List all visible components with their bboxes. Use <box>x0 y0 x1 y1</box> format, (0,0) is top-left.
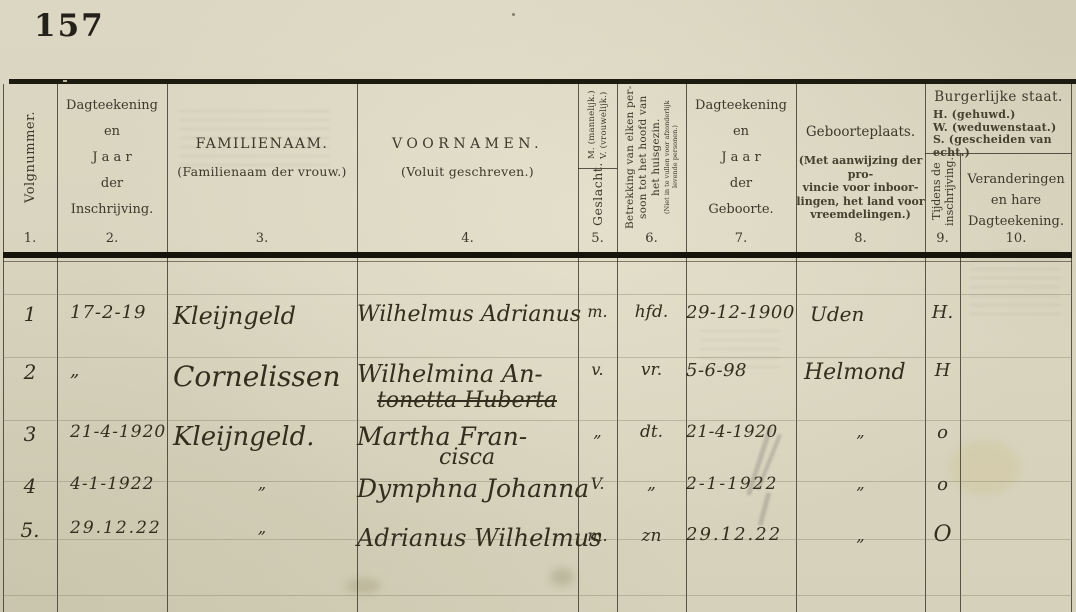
geboorteplaats-note: (Met aanwijzing der pro- <box>796 154 925 181</box>
header-line: Geboorte. <box>686 197 796 223</box>
column-header-geboortedatum: Dagteekening en J a a r der Geboorte. <box>686 84 796 239</box>
cell-geboorteplaats: „ <box>796 474 925 493</box>
cell-volgnummer: 5. <box>3 518 57 542</box>
header-bottom-rule-thin <box>3 261 1072 262</box>
table-row: 2 „ Cornelissen Wilhelmina An- tonetta H… <box>3 360 1072 413</box>
register-table: Volgnummer. Dagteekening en J a a r der … <box>3 84 1072 612</box>
cell-voornamen: Wilhelmus Adrianus <box>357 302 578 327</box>
cell-geboorteplaats: Helmond <box>796 360 925 385</box>
cell-familienaam: Kleijngeld. <box>167 422 357 452</box>
header-line: Dagteekening <box>57 93 167 119</box>
column-number: 3. <box>167 231 357 246</box>
column-number: 8. <box>796 231 925 246</box>
geboorteplaats-note: vreemdelingen.) <box>796 208 925 222</box>
betrekking-line: het huisgezin. <box>650 85 663 229</box>
familienaam-title: FAMILIENAAM. <box>167 136 357 152</box>
header-line: Inschrijving. <box>57 197 167 223</box>
guide-line <box>3 595 1072 596</box>
legend-v: V. (vrouwelijk.) <box>598 84 610 166</box>
cell-inschrijving: 29.12.22 <box>57 518 167 538</box>
voornamen-title: VOORNAMEN. <box>357 136 578 152</box>
volgnummer-label: Volgnummer. <box>23 84 38 230</box>
column-header-inschrijving: Dagteekening en J a a r der Inschrijving… <box>57 84 167 239</box>
table-row: 3 21-4-1920 Kleijngeld. Martha Fran- cis… <box>3 422 1072 470</box>
familienaam-subtitle: (Familienaam der vrouw.) <box>167 164 357 179</box>
column-number: 2. <box>57 231 167 246</box>
header-line: J a a r <box>686 145 796 171</box>
legend-m: M. (mannelijk.) <box>586 84 598 166</box>
cell-geboortedatum: 5-6-98 <box>686 360 796 381</box>
cell-geboortedatum: 29-12-1900 <box>686 302 796 323</box>
voornamen-subtitle: (Voluit geschreven.) <box>357 164 578 179</box>
cell-geboorteplaats: „ <box>796 518 925 545</box>
ink-speck <box>512 13 515 16</box>
geboorteplaats-note: lingen, het land voor <box>796 195 925 209</box>
column-number: 5. <box>578 231 617 246</box>
column-header-volgnummer: Volgnummer. <box>3 84 57 230</box>
header-line: der <box>686 171 796 197</box>
table-row: 1 17-2-19 Kleijngeld Wilhelmus Adrianus … <box>3 302 1072 330</box>
column-number: 4. <box>357 231 578 246</box>
cell-inschrijving: 17-2-19 <box>57 302 167 323</box>
header-line: Dagteekening <box>686 93 796 119</box>
column-number: 10. <box>960 231 1072 246</box>
geslacht-label: Geslacht. <box>590 168 605 226</box>
column-number: 7. <box>686 231 796 246</box>
betrekking-note: levende personen.) <box>671 85 679 229</box>
cell-inschrijving: 21-4-1920 <box>57 422 167 442</box>
cell-burgerlijke-staat: O <box>925 518 960 547</box>
cell-voornamen: Wilhelmina An- tonetta Huberta <box>357 360 578 413</box>
cell-geslacht: m. <box>578 302 617 321</box>
header-line: en <box>686 119 796 145</box>
header-line: en <box>57 119 167 145</box>
cell-geslacht: m. <box>578 518 617 545</box>
cell-geslacht: V. <box>578 474 617 493</box>
cell-volgnummer: 2 <box>3 360 57 384</box>
tijdens-line: Tijdens de <box>930 153 943 229</box>
burgerlijke-staat-block: Burgerlijke staat. H. (gehuwd.) W. (wedu… <box>925 84 1072 153</box>
veranderingen-line: en hare <box>960 190 1072 211</box>
cell-inschrijving: „ <box>57 360 167 381</box>
cell-burgerlijke-staat: H <box>925 360 960 381</box>
guide-line <box>3 357 1072 358</box>
geslacht-legend: M. (mannelijk.) V. (vrouwelijk.) <box>586 84 610 166</box>
register-scan-page: 157 Volgnummer. Dagteekening en J <box>0 0 1076 612</box>
cell-inschrijving: 4-1-1922 <box>57 474 167 494</box>
cell-geboortedatum: 2-1-1922 <box>686 474 796 494</box>
tijdens-line: inschrijving. <box>943 153 956 229</box>
cell-betrekking: vr. <box>617 360 686 380</box>
page-number: 157 <box>34 8 105 44</box>
column-header-geslacht: M. (mannelijk.) V. (vrouwelijk.) Geslach… <box>578 84 617 230</box>
cell-volgnummer: 4 <box>3 474 57 498</box>
cell-familienaam: „ <box>167 518 357 537</box>
cell-burgerlijke-staat: o <box>925 422 960 443</box>
betrekking-line: soon tot het hoofd van <box>637 85 650 229</box>
guide-line <box>3 420 1072 421</box>
cell-geboorteplaats: „ <box>796 422 925 441</box>
table-row: 5. 29.12.22 „ Adrianus Wilhelmus m. zn 2… <box>3 518 1072 552</box>
geboorteplaats-title: Geboorteplaats. <box>796 124 925 140</box>
column-header-betrekking: Betrekking van elken per- soon tot het h… <box>617 84 686 230</box>
voornamen-line2: tonetta Huberta <box>377 388 578 413</box>
cell-burgerlijke-staat: o <box>925 474 960 495</box>
column-header-veranderingen: Veranderingen en hare Dagteekening. <box>960 153 1072 230</box>
header-line: J a a r <box>57 145 167 171</box>
cell-geboorteplaats: Uden <box>796 302 925 326</box>
cell-familienaam: „ <box>167 474 357 493</box>
cell-voornamen: Martha Fran- cisca <box>357 422 578 470</box>
cell-geslacht: v. <box>578 360 617 379</box>
cell-geslacht: „ <box>578 422 617 441</box>
burgerlijke-staat-title: Burgerlijke staat. <box>925 89 1072 105</box>
header-bottom-rule <box>3 252 1072 258</box>
column-header-familienaam: FAMILIENAAM. (Familienaam der vrouw.) <box>167 84 357 230</box>
cell-betrekking: hfd. <box>617 302 686 322</box>
cell-volgnummer: 1 <box>3 302 57 326</box>
geboorteplaats-note: vincie voor inboor- <box>796 181 925 195</box>
cell-volgnummer: 3 <box>3 422 57 446</box>
cell-geboortedatum: 21-4-1920 <box>686 422 796 442</box>
betrekking-note: (Niet in te vullen voor afzonderlijk <box>663 85 671 229</box>
cell-voornamen: Dymphna Johanna <box>357 474 578 503</box>
bs-legend-h: H. (gehuwd.) <box>933 109 1072 122</box>
column-number: 1. <box>3 231 57 246</box>
cell-betrekking: „ <box>617 474 686 494</box>
rule-notch <box>63 80 67 82</box>
betrekking-line: Betrekking van elken per- <box>624 85 637 229</box>
cell-familienaam: Cornelissen <box>167 360 357 393</box>
column-number: 6. <box>617 231 686 246</box>
column-header-voornamen: VOORNAMEN. (Voluit geschreven.) <box>357 84 578 230</box>
table-row: 4 4-1-1922 „ Dymphna Johanna V. „ 2-1-19… <box>3 474 1072 503</box>
voornamen-line1: Wilhelmina An- <box>357 360 543 388</box>
header-line: der <box>57 171 167 197</box>
veranderingen-line: Veranderingen <box>960 169 1072 190</box>
veranderingen-line: Dagteekening. <box>960 211 1072 232</box>
guide-line <box>3 294 1072 295</box>
column-number-row: 1. 2. 3. 4. 5. 6. 7. 8. 9. 10. <box>3 231 1072 246</box>
column-header-geboorteplaats: Geboorteplaats. (Met aanwijzing der pro-… <box>796 84 925 230</box>
cell-familienaam: Kleijngeld <box>167 302 357 330</box>
cell-betrekking: dt. <box>617 422 686 442</box>
column-header-tijdens: Tijdens de inschrijving. <box>925 153 960 230</box>
cell-geboortedatum: 29.12.22 <box>686 518 796 545</box>
cell-betrekking: zn <box>617 518 686 546</box>
column-number: 9. <box>925 231 960 246</box>
cell-voornamen: Adrianus Wilhelmus <box>357 518 578 552</box>
cell-burgerlijke-staat: H. <box>925 302 960 323</box>
